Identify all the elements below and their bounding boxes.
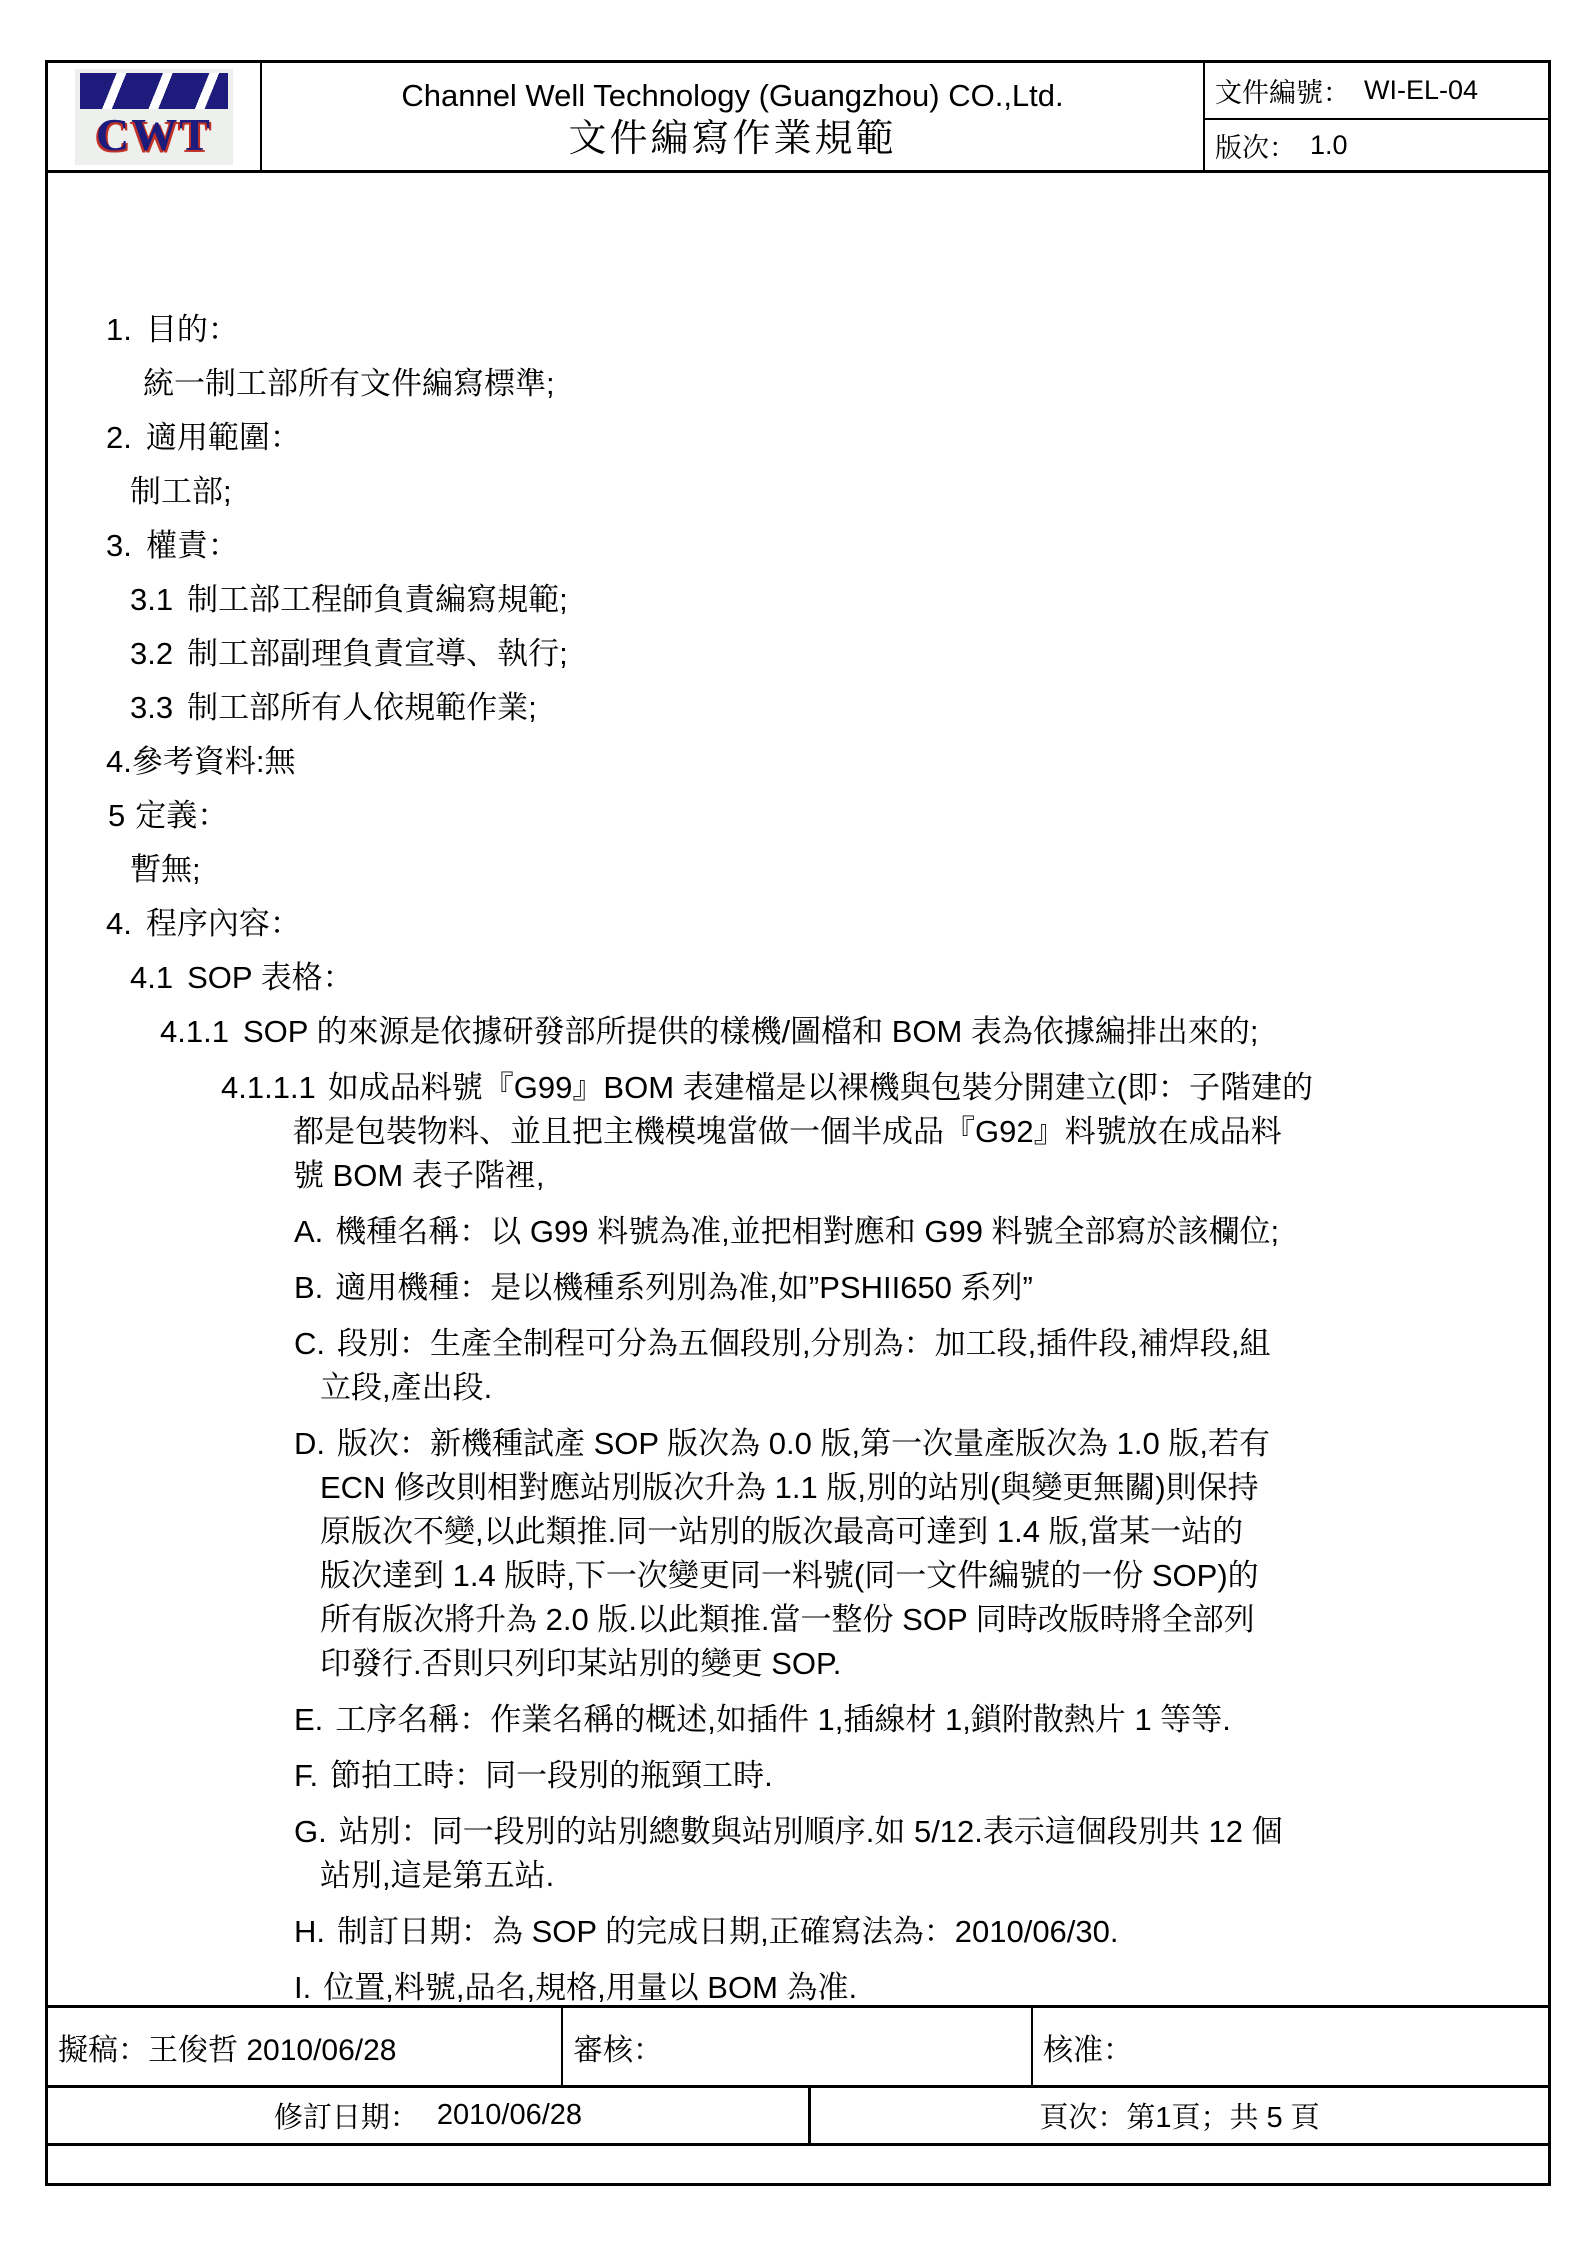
revision-date-cell: 修訂日期：2010/06/28 xyxy=(48,2088,811,2143)
doc-line: 4.1.1SOP 的來源是依據研發部所提供的樣機/圖檔和 BOM 表為依據編排出… xyxy=(160,1010,1548,1054)
logo-text: CWT xyxy=(79,109,229,161)
doc-line-number: 3.1 xyxy=(130,582,173,617)
doc-line-text: 工序名稱：作業名稱的概述,如插件 1,插線材 1,鎖附散熱片 1 等等. xyxy=(335,1702,1231,1737)
doc-line: 4.1.1.1如成品料號『G99』BOM 表建檔是以裸機與包裝分開建立(即：子階… xyxy=(48,1066,1548,1198)
doc-line-number: 1. xyxy=(106,312,132,347)
document-table: CWT Channel Well Technology (Guangzhou) … xyxy=(45,60,1551,2186)
version-row: 版次：1.0 xyxy=(1205,120,1548,170)
doc-line-text: 制工部; xyxy=(130,474,232,509)
doc-line: C.段別：生產全制程可分為五個段別,分別為：加工段,插件段,補焊段,組 立段,產… xyxy=(48,1322,1548,1410)
empty-footer-row xyxy=(48,2143,1548,2183)
page-number-cell: 頁次：第1頁；共 5 頁 xyxy=(811,2088,1548,2143)
doc-line-number: H. xyxy=(294,1914,325,1949)
revision-date-label: 修訂日期： xyxy=(274,2095,419,2136)
doc-line-text: 適用機種：是以機種系列別為准,如”PSHII650 系列” xyxy=(335,1270,1033,1305)
doc-line-number: 2. xyxy=(106,420,132,455)
doc-line-number: E. xyxy=(294,1702,323,1737)
version-value: 1.0 xyxy=(1310,130,1348,161)
doc-line-text: 段別：生產全制程可分為五個段別,分別為：加工段,插件段,補焊段,組 立段,產出段… xyxy=(320,1326,1270,1405)
doc-line-number: B. xyxy=(294,1270,323,1305)
draft-cell: 擬稿：王俊哲 2010/06/28 xyxy=(48,2008,563,2085)
doc-line-text: 統一制工部所有文件編寫標準; xyxy=(143,366,555,401)
doc-line: 2.適用範圍： xyxy=(106,416,1548,460)
document-body: 1.目的：統一制工部所有文件編寫標準;2.適用範圍：制工部;3.權責：3.1制工… xyxy=(48,173,1548,2005)
doc-number-value: WI-EL-04 xyxy=(1364,75,1478,106)
doc-line-text: 機種名稱：以 G99 料號為准,並把相對應和 G99 料號全部寫於該欄位; xyxy=(335,1214,1279,1249)
doc-number-row: 文件編號：WI-EL-04 xyxy=(1205,63,1548,120)
doc-line-text: 站別：同一段別的站別總數與站別順序.如 5/12.表示這個段別共 12 個 站別… xyxy=(320,1814,1283,1893)
doc-line-text: SOP 表格： xyxy=(187,960,354,995)
doc-number-label: 文件編號： xyxy=(1215,71,1350,110)
doc-line-number: 3. xyxy=(106,528,132,563)
doc-line: 暫無; xyxy=(130,848,1548,892)
logo-stripes-icon xyxy=(80,73,228,109)
company-name: Channel Well Technology (Guangzhou) CO.,… xyxy=(262,79,1203,113)
doc-line-text: SOP 的來源是依據研發部所提供的樣機/圖檔和 BOM 表為依據編排出來的; xyxy=(243,1014,1259,1049)
doc-line-number: A. xyxy=(294,1214,323,1249)
revision-page-row: 修訂日期：2010/06/28 頁次：第1頁；共 5 頁 xyxy=(48,2085,1548,2143)
doc-line-text: 版次：新機種試產 SOP 版次為 0.0 版,第一次量產版次為 1.0 版,若有… xyxy=(320,1426,1270,1681)
doc-line-text: 制訂日期：為 SOP 的完成日期,正確寫法為：2010/06/30. xyxy=(337,1914,1119,1949)
doc-line-text: 制工部工程師負責編寫規範; xyxy=(187,582,568,617)
doc-line-number: 5 xyxy=(108,798,125,833)
doc-line-number: G. xyxy=(294,1814,327,1849)
doc-line: B.適用機種：是以機種系列別為准,如”PSHII650 系列” xyxy=(48,1266,1548,1310)
doc-line: 4.1SOP 表格： xyxy=(130,956,1548,1000)
doc-line: 制工部; xyxy=(130,470,1548,514)
signature-row: 擬稿：王俊哲 2010/06/28 審核： 核准： xyxy=(48,2005,1548,2085)
version-label: 版次： xyxy=(1215,126,1296,165)
doc-line-number: D. xyxy=(294,1426,325,1461)
doc-line-number: 3.2 xyxy=(130,636,173,671)
doc-line: H.制訂日期：為 SOP 的完成日期,正確寫法為：2010/06/30. xyxy=(48,1910,1548,1954)
doc-line: E.工序名稱：作業名稱的概述,如插件 1,插線材 1,鎖附散熱片 1 等等. xyxy=(48,1698,1548,1742)
title-cell: Channel Well Technology (Guangzhou) CO.,… xyxy=(262,63,1205,170)
doc-line-text: 程序內容： xyxy=(146,906,301,941)
doc-line: A.機種名稱：以 G99 料號為准,並把相對應和 G99 料號全部寫於該欄位; xyxy=(48,1210,1548,1254)
doc-line-text: 制工部所有人依規範作業; xyxy=(187,690,537,725)
document-title: 文件編寫作業規範 xyxy=(262,117,1203,161)
doc-line: 4.參考資料:無 xyxy=(106,740,1548,784)
doc-line-text: 目的： xyxy=(146,312,239,347)
doc-line: F.節拍工時：同一段別的瓶頸工時. xyxy=(48,1754,1548,1798)
doc-line-number: I. xyxy=(294,1970,311,2005)
document-header: CWT Channel Well Technology (Guangzhou) … xyxy=(48,63,1548,173)
doc-line: D.版次：新機種試產 SOP 版次為 0.0 版,第一次量產版次為 1.0 版,… xyxy=(48,1422,1548,1686)
doc-line-text: 節拍工時：同一段別的瓶頸工時. xyxy=(330,1758,773,1793)
doc-line-text: 權責： xyxy=(146,528,239,563)
doc-meta-cell: 文件編號：WI-EL-04 版次：1.0 xyxy=(1205,63,1548,170)
doc-line-text: 制工部副理負責宣導、執行; xyxy=(187,636,568,671)
doc-line: 3.1制工部工程師負責編寫規範; xyxy=(130,578,1548,622)
doc-line: 3.3制工部所有人依規範作業; xyxy=(130,686,1548,730)
doc-line-number: F. xyxy=(294,1758,318,1793)
doc-line: G.站別：同一段別的站別總數與站別順序.如 5/12.表示這個段別共 12 個 … xyxy=(48,1810,1548,1898)
doc-line-number: 4.1.1.1 xyxy=(221,1070,316,1105)
doc-line: 統一制工部所有文件編寫標準; xyxy=(143,362,1548,406)
revision-date-value: 2010/06/28 xyxy=(437,2099,582,2132)
doc-line-text: 暫無; xyxy=(130,852,201,887)
doc-line-text: 參考資料:無 xyxy=(132,744,296,779)
doc-line-number: 4.1 xyxy=(130,960,173,995)
doc-line-number: 4. xyxy=(106,906,132,941)
doc-line: 3.權責： xyxy=(106,524,1548,568)
review-cell: 審核： xyxy=(563,2008,1033,2085)
doc-line-text: 適用範圍： xyxy=(146,420,301,455)
doc-line: 3.2制工部副理負責宣導、執行; xyxy=(130,632,1548,676)
doc-line-text: 定義： xyxy=(135,798,228,833)
doc-line: I.位置,料號,品名,規格,用量以 BOM 為准. xyxy=(48,1966,1548,2005)
doc-line: 4.程序內容： xyxy=(106,902,1548,946)
doc-line-number: 4. xyxy=(106,744,132,779)
document-page: CWT Channel Well Technology (Guangzhou) … xyxy=(0,0,1587,2245)
cwt-logo: CWT xyxy=(75,69,233,165)
doc-line: 5定義： xyxy=(108,794,1548,838)
doc-line-number: 3.3 xyxy=(130,690,173,725)
doc-line: 1.目的： xyxy=(106,308,1548,352)
doc-line-number: 4.1.1 xyxy=(160,1014,229,1049)
doc-line-text: 位置,料號,品名,規格,用量以 BOM 為准. xyxy=(323,1970,857,2005)
approve-cell: 核准： xyxy=(1033,2008,1548,2085)
logo-cell: CWT xyxy=(48,63,262,170)
doc-line-text: 如成品料號『G99』BOM 表建檔是以裸機與包裝分開建立(即：子階建的 都是包裝… xyxy=(293,1070,1313,1193)
doc-line-number: C. xyxy=(294,1326,325,1361)
